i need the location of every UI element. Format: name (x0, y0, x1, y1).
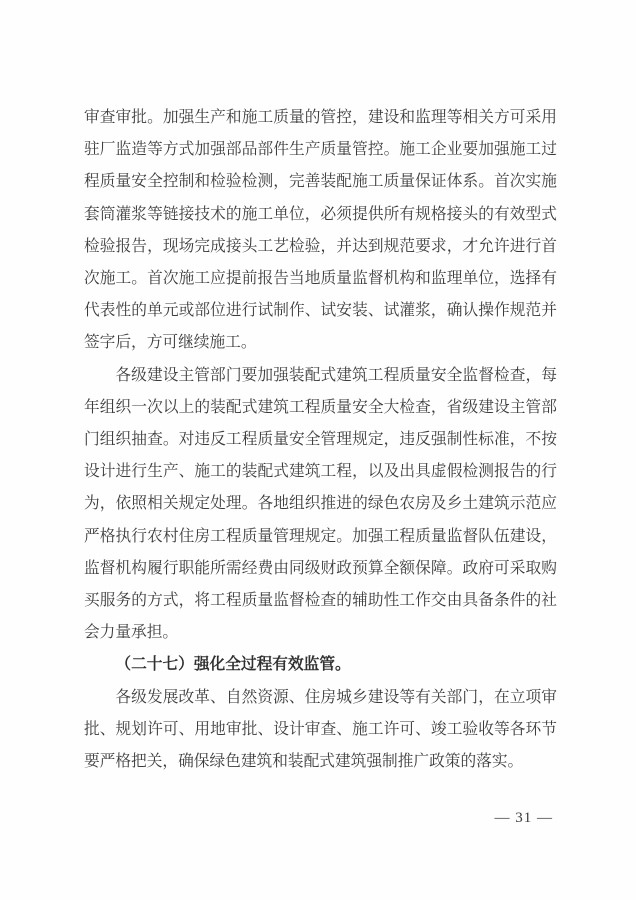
page-number: — 31 — (495, 810, 554, 827)
document-page: 审查审批。加强生产和施工质量的管控，建设和监理等相关方可采用驻厂监造等方式加强部… (0, 0, 636, 900)
paragraph-process-supervision: 各级发展改革、自然资源、住房城乡建设等有关部门，在立项审批、规划许可、用地审批、… (84, 682, 557, 779)
section-heading-27: （二十七）强化全过程有效监管。 (84, 649, 557, 681)
paragraph-quality-supervision: 各级建设主管部门要加强装配式建筑工程质量安全监督检查，每年组织一次以上的装配式建… (84, 360, 557, 650)
document-body: 审查审批。加强生产和施工质量的管控，建设和监理等相关方可采用驻厂监造等方式加强部… (84, 102, 557, 778)
paragraph-continued-from-previous-page: 审查审批。加强生产和施工质量的管控，建设和监理等相关方可采用驻厂监造等方式加强部… (84, 102, 557, 360)
